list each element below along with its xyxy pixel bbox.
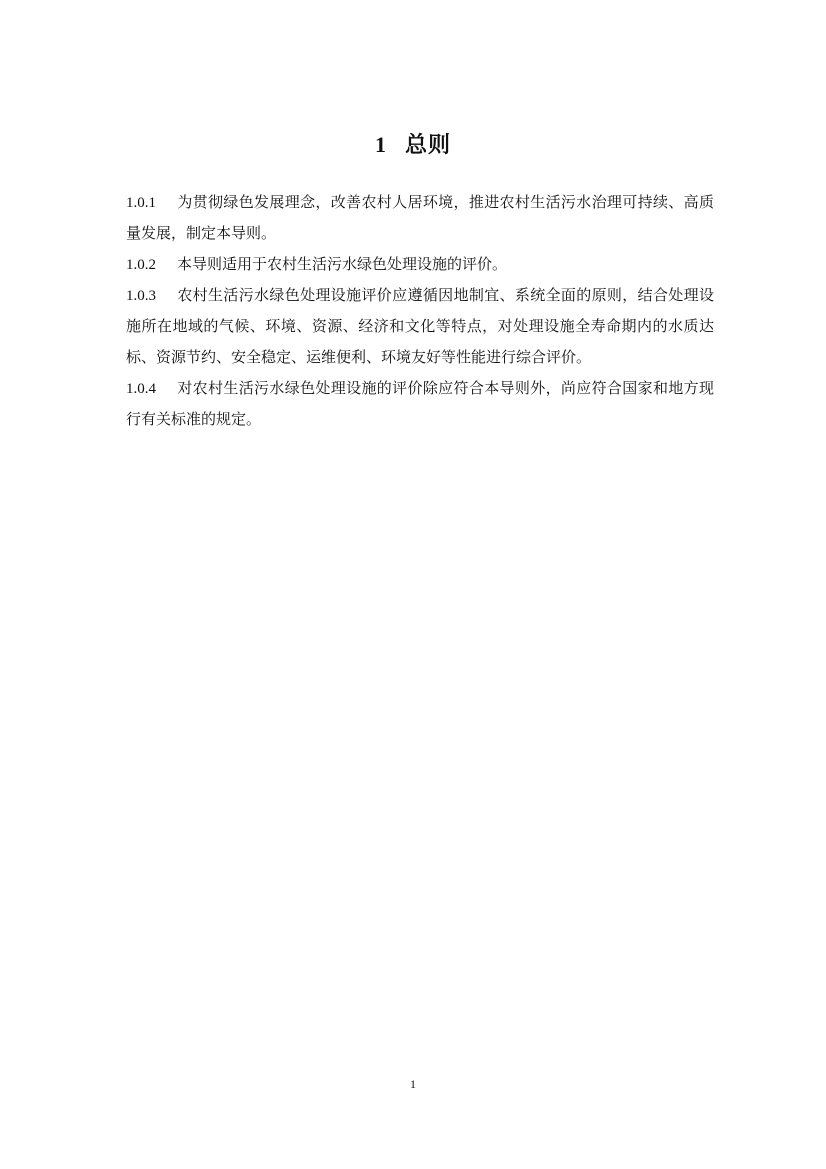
chapter-number: 1 — [375, 132, 387, 157]
clause-number: 1.0.3 — [126, 281, 177, 312]
chapter-heading: 1总则 — [0, 127, 826, 164]
clause-number: 1.0.2 — [126, 250, 177, 281]
clause-number: 1.0.1 — [126, 188, 177, 219]
clause-1-0-3: 1.0.3农村生活污水绿色处理设施评价应遵循因地制宜、系统全面的原则，结合处理设… — [126, 281, 714, 374]
clause-text: 对农村生活污水绿色处理设施的评价除应符合本导则外，尚应符合国家和地方现行有关标准… — [126, 381, 714, 428]
clause-1-0-2: 1.0.2本导则适用于农村生活污水绿色处理设施的评价。 — [126, 250, 714, 281]
clause-1-0-4: 1.0.4对农村生活污水绿色处理设施的评价除应符合本导则外，尚应符合国家和地方现… — [126, 374, 714, 436]
chapter-title: 总则 — [405, 133, 451, 158]
document-body: 1.0.1为贯彻绿色发展理念，改善农村人居环境，推进农村生活污水治理可持续、高质… — [126, 188, 714, 436]
clause-1-0-1: 1.0.1为贯彻绿色发展理念，改善农村人居环境，推进农村生活污水治理可持续、高质… — [126, 188, 714, 250]
clause-text: 本导则适用于农村生活污水绿色处理设施的评价。 — [177, 257, 507, 273]
clause-text: 为贯彻绿色发展理念，改善农村人居环境，推进农村生活污水治理可持续、高质量发展，制… — [126, 195, 714, 242]
page-number: 1 — [0, 1077, 826, 1091]
clause-number: 1.0.4 — [126, 374, 177, 405]
clause-text: 农村生活污水绿色处理设施评价应遵循因地制宜、系统全面的原则，结合处理设施所在地域… — [126, 288, 714, 366]
